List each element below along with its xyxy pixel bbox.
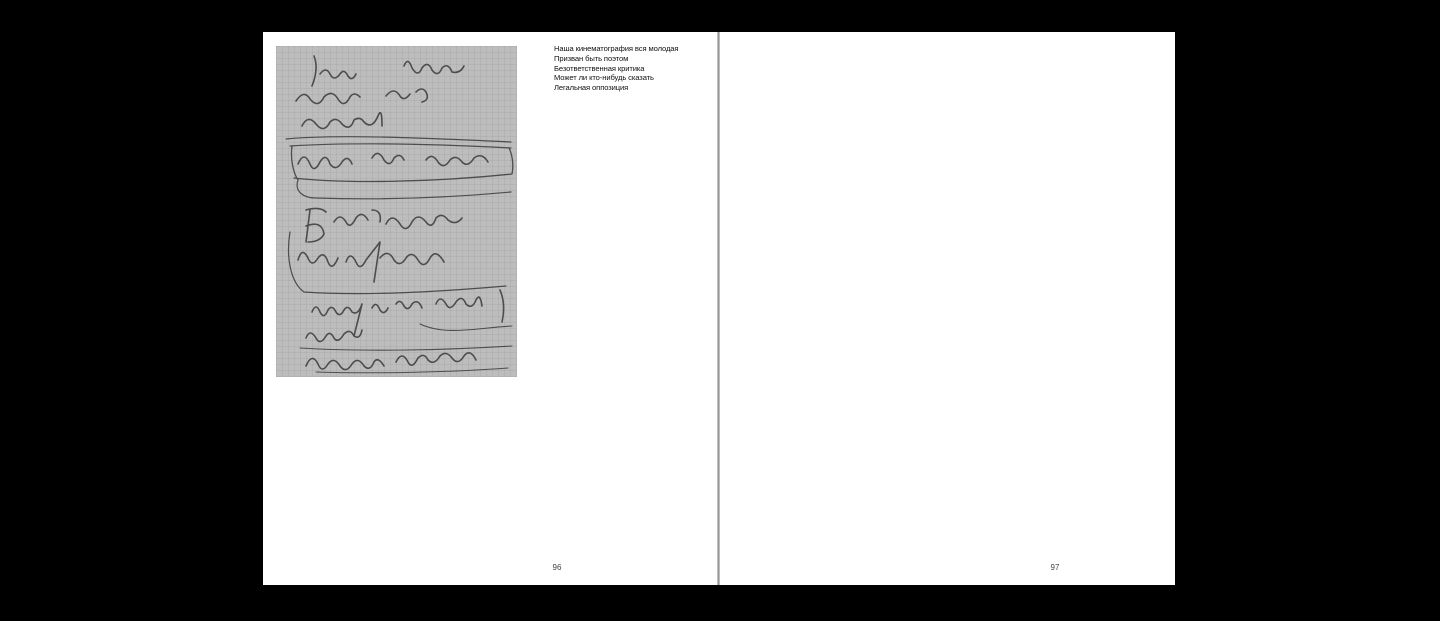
page-number-left: 96 <box>542 563 572 572</box>
caption-line: Безответственная критика <box>554 64 684 74</box>
manuscript-image <box>276 46 517 377</box>
caption-line: Легальная оппозиция <box>554 83 684 93</box>
right-page: 97 <box>720 32 1175 585</box>
handwriting-icon <box>276 46 517 377</box>
caption-line: Может ли кто-нибудь сказать <box>554 73 684 83</box>
caption-list: Наша кинематография вся молодая Призван … <box>554 44 684 93</box>
caption-line: Наша кинематография вся молодая <box>554 44 684 54</box>
page-number-right: 97 <box>1040 563 1070 572</box>
book-spread: Наша кинематография вся молодая Призван … <box>263 32 1175 585</box>
caption-line: Призван быть поэтом <box>554 54 684 64</box>
left-page: Наша кинематография вся молодая Призван … <box>263 32 718 585</box>
